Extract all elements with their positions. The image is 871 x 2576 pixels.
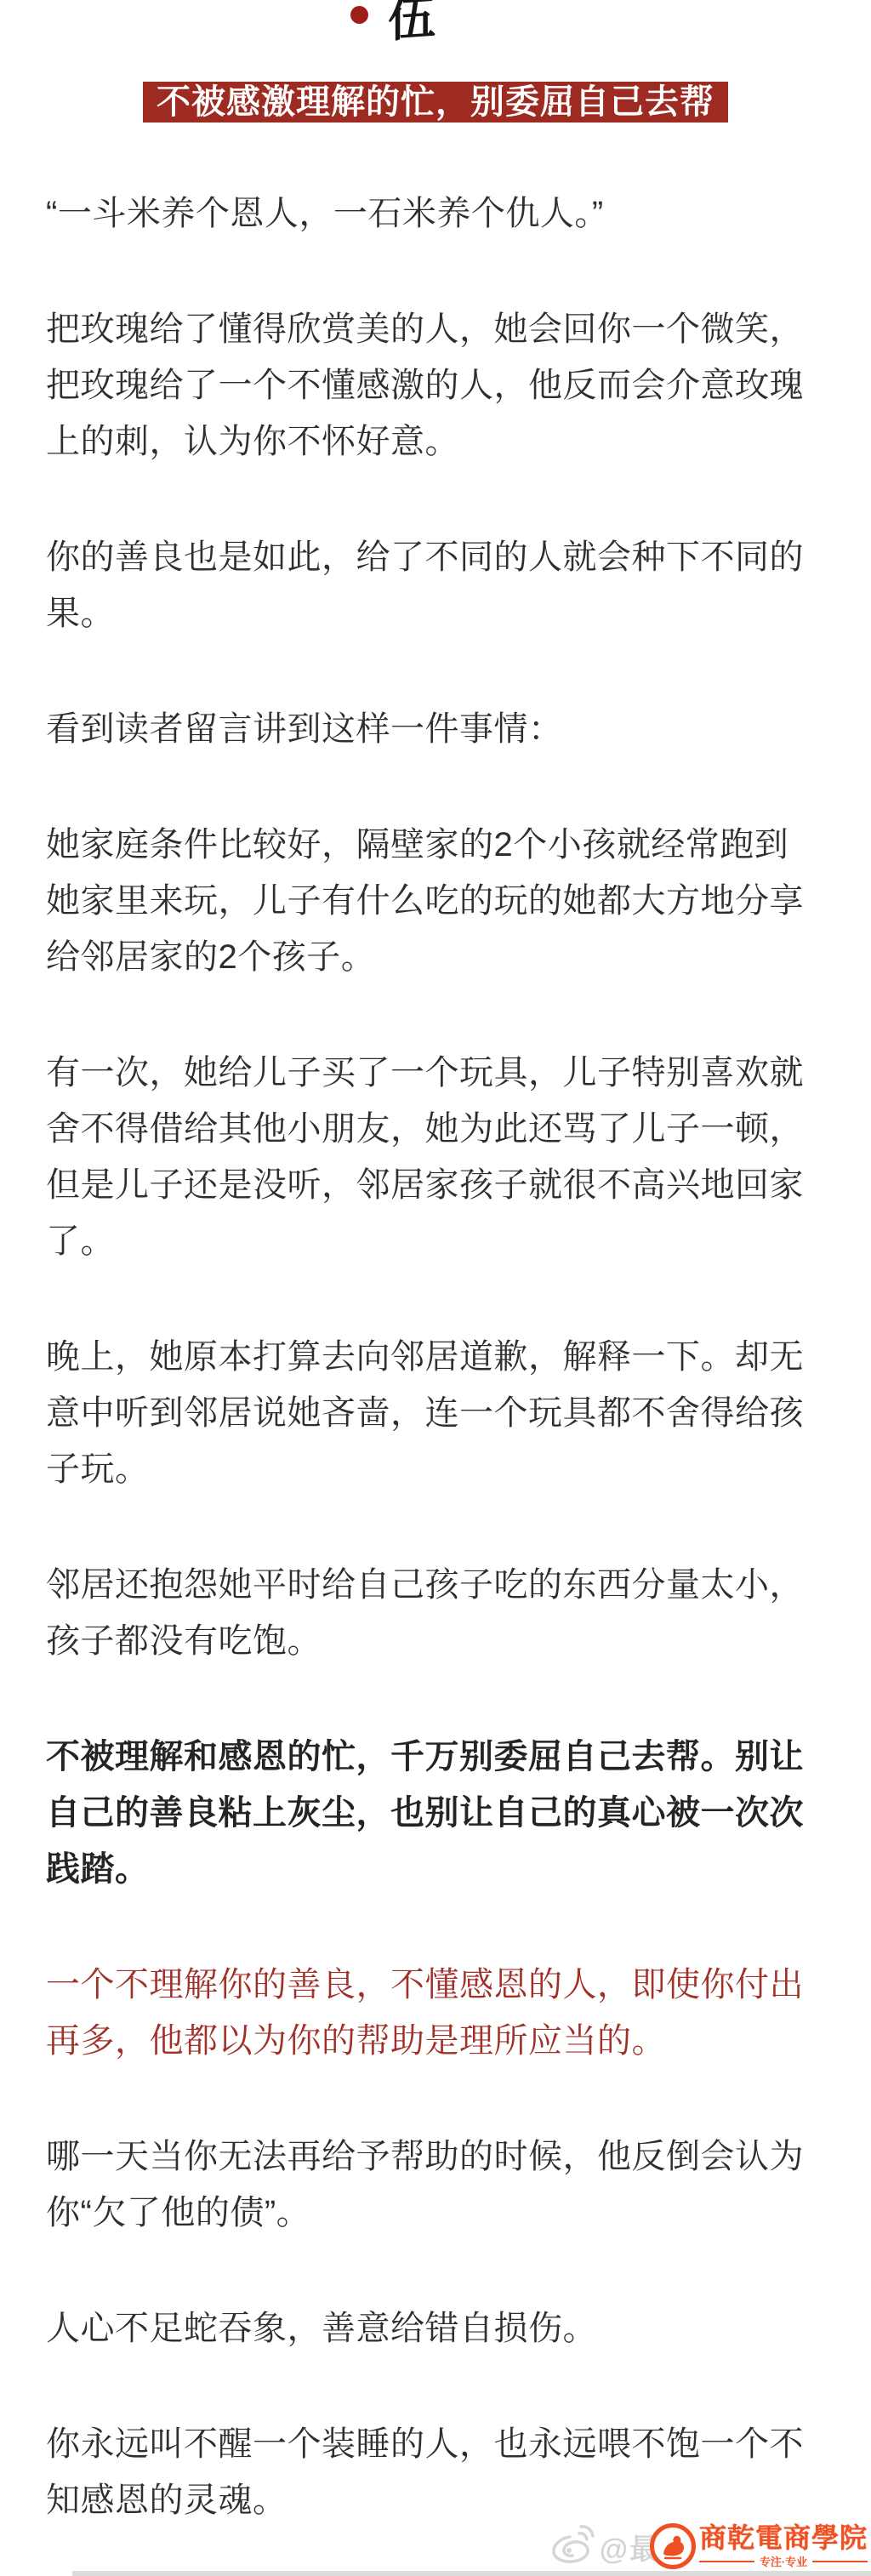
paragraph: 把玫瑰给了懂得欣赏美的人，她会回你一个微笑， 把玫瑰给了一个不懂感激的人，他反而… bbox=[46, 301, 806, 470]
paragraph: 你的善良也是如此，给了不同的人就会种下不同的 果。 bbox=[46, 529, 806, 641]
section-number-calligraphy: 伍 bbox=[388, 0, 435, 44]
watermark: @最 商乾電商學院 专注·专业 bbox=[550, 2523, 868, 2569]
paragraph: 看到读者留言讲到这样一件事情： bbox=[46, 701, 806, 757]
paragraph: 晚上，她原本打算去向邻居道歉，解释一下。却无 意中听到邻居说她吝啬，连一个玩具都… bbox=[46, 1329, 806, 1497]
tagline-rule-left bbox=[699, 2561, 754, 2562]
paragraph: 她家庭条件比较好，隔壁家的2个小孩就经常跑到 她家里来玩，儿子有什么吃的玩的她都… bbox=[46, 817, 806, 985]
section-marker: 伍 bbox=[0, 0, 871, 51]
watermark-tagline-row: 专注·专业 bbox=[699, 2553, 868, 2569]
paragraph: 有一次，她给儿子买了一个玩具，儿子特别喜欢就 舍不得借给其他小朋友，她为此还骂了… bbox=[46, 1045, 806, 1269]
paragraph: 邻居还抱怨她平时给自己孩子吃的东西分量太小， 孩子都没有吃饱。 bbox=[46, 1557, 806, 1669]
paragraph: 哪一天当你无法再给予帮助的时候，他反倒会认为 你“欠了他的债”。 bbox=[46, 2129, 806, 2241]
watermark-brand-block: 商乾電商學院 专注·专业 bbox=[699, 2523, 868, 2569]
watermark-brand-name: 商乾電商學院 bbox=[699, 2523, 868, 2552]
shangqian-badge-icon bbox=[650, 2523, 696, 2569]
paragraph-quote: “一斗米养个恩人，一石米养个仇人。” bbox=[46, 185, 806, 242]
watermark-tagline: 专注·专业 bbox=[754, 2553, 812, 2569]
paragraph-highlight-red: 一个不理解你的善良，不懂感恩的人，即使你付出 再多，他都以为你的帮助是理所应当的… bbox=[46, 1957, 806, 2069]
tagline-rule-right bbox=[812, 2561, 868, 2562]
paragraph: 你永远叫不醒一个装睡的人，也永远喂不饱一个不 知感恩的灵魂。 bbox=[46, 2416, 806, 2528]
next-card-edge bbox=[72, 2571, 871, 2576]
weibo-icon bbox=[550, 2525, 596, 2568]
paragraph: 人心不足蛇吞象，善意给错自损伤。 bbox=[46, 2300, 806, 2357]
section-dot-icon bbox=[350, 6, 368, 24]
paragraph-emphasis: 不被理解和感恩的忙，千万别委屈自己去帮。别让 自己的善良粘上灰尘，也别让自己的真… bbox=[46, 1729, 806, 1897]
title-banner: 不被感激理解的忙，别委屈自己去帮 bbox=[143, 82, 728, 123]
article-card: 伍 不被感激理解的忙，别委屈自己去帮 “一斗米养个恩人，一石米养个仇人。” 把玫… bbox=[0, 0, 871, 2576]
article-body: “一斗米养个恩人，一石米养个仇人。” 把玫瑰给了懂得欣赏美的人，她会回你一个微笑… bbox=[0, 123, 871, 2528]
